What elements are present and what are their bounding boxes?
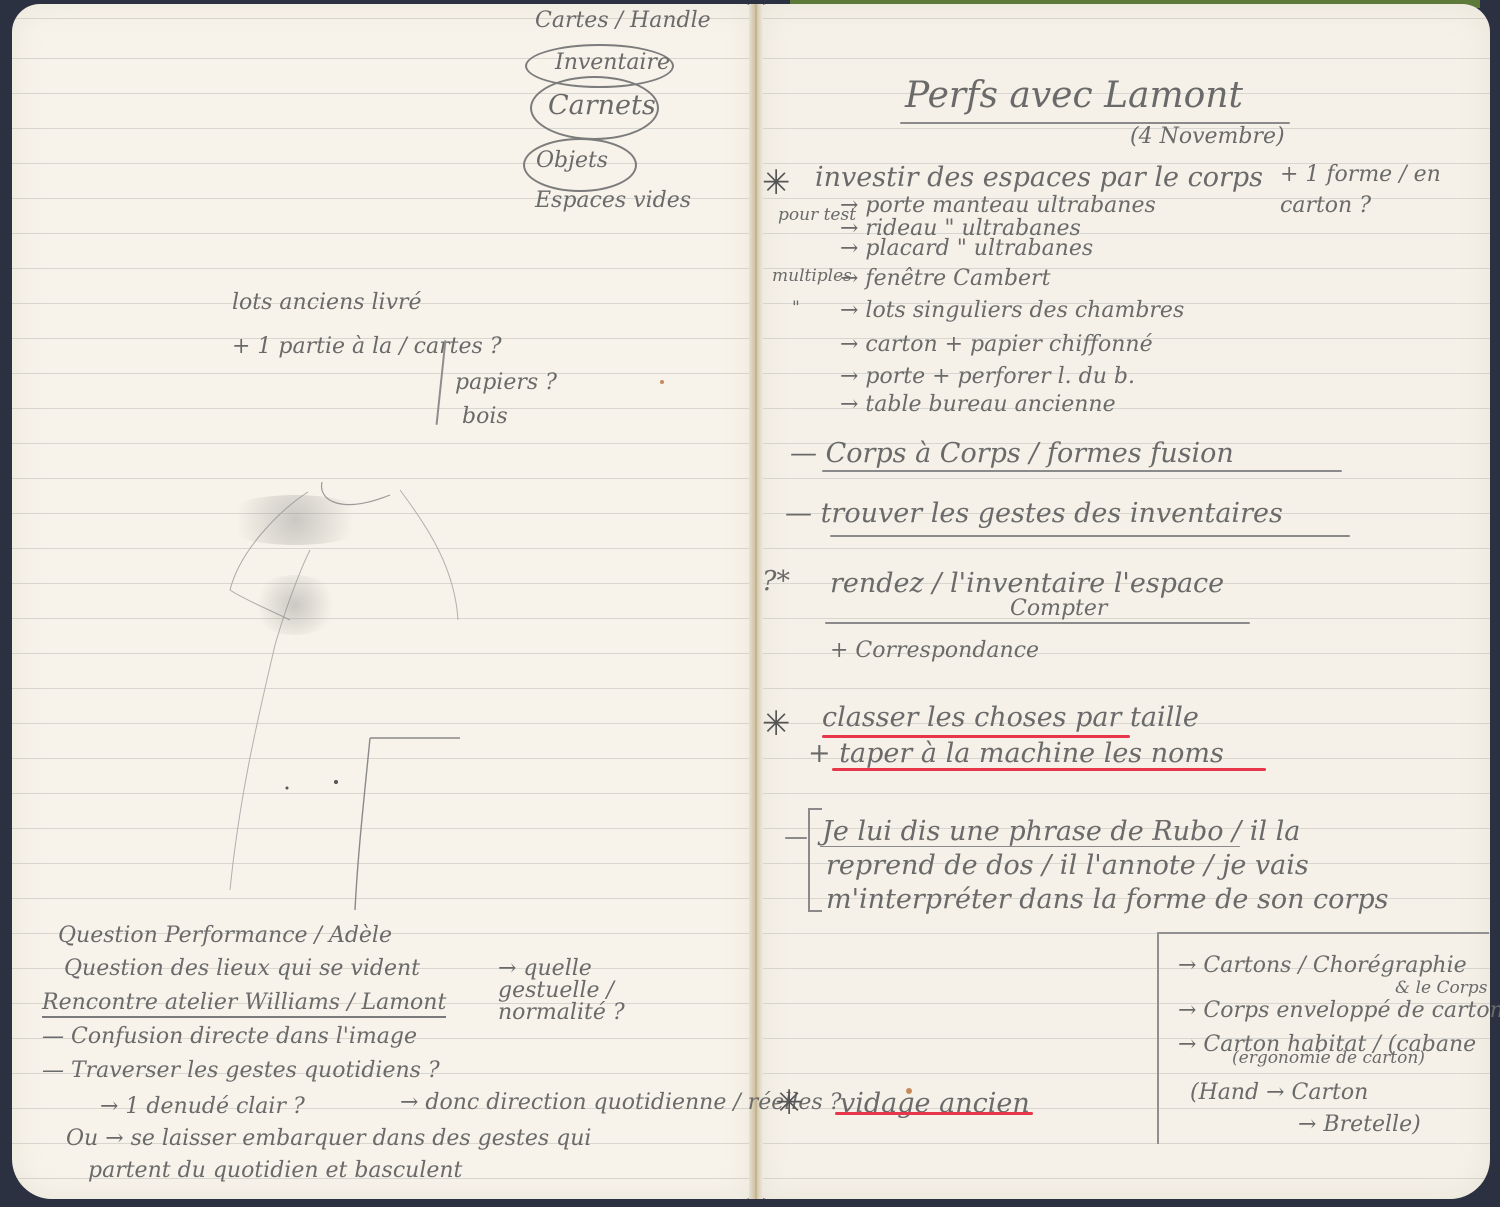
note-rencontre-atelier: Rencontre atelier Williams / Lamont xyxy=(42,992,446,1018)
note-partie-cartes: + 1 partie à la / cartes ? xyxy=(232,336,502,358)
notebook-gutter xyxy=(749,4,763,1199)
paper-stain xyxy=(906,1088,912,1094)
note-investir-espaces: investir des espaces par le corps xyxy=(815,164,1263,191)
note-partent-quotidien: partent du quotidien et basculent xyxy=(88,1160,462,1182)
note-denude-clair: → 1 denudé clair ? xyxy=(100,1096,305,1118)
sub-item: → porte + perforer l. du b. xyxy=(840,366,1135,388)
underline xyxy=(820,846,1240,847)
note-papiers: papiers ? xyxy=(455,372,557,394)
note-carnets: Carnets xyxy=(548,92,656,119)
box-note: & le Corps xyxy=(1395,980,1487,997)
note-taper-machine: + taper à la machine les noms xyxy=(808,740,1224,767)
label-ditto: " xyxy=(792,300,800,317)
underline xyxy=(825,622,1250,624)
sub-item: → carton + papier chiffonné xyxy=(840,334,1153,356)
title-date: (4 Novembre) xyxy=(1130,126,1285,148)
underline xyxy=(822,470,1342,472)
note-se-laisser: Ou → se laisser embarquer dans des geste… xyxy=(66,1128,591,1150)
bracket-mark xyxy=(808,808,822,912)
sub-item: → lots singuliers des chambres xyxy=(840,300,1184,322)
graphite-smudge xyxy=(215,495,375,545)
sub-item: → porte manteau ultrabanes xyxy=(840,195,1156,217)
note-interpreter-corps: m'interpréter dans la forme de son corps xyxy=(826,886,1388,913)
box-note: → Bretelle) xyxy=(1298,1114,1421,1136)
asterisk-marker: ✳ xyxy=(762,707,791,741)
note-compter: Compter xyxy=(1010,598,1107,620)
note-lots-anciens: lots anciens livré xyxy=(232,292,422,314)
note-espaces-vides: Espaces vides xyxy=(535,190,691,212)
asterisk-marker: ✳ xyxy=(775,1086,804,1120)
note-forme-carton: + 1 forme / en carton ? xyxy=(1280,160,1470,222)
note-question-lieux: Question des lieux qui se vident xyxy=(64,958,420,980)
note-bois: bois xyxy=(462,406,508,428)
red-underline xyxy=(832,768,1266,771)
note-je-lui-dis: Je lui dis une phrase de Rubo / il la xyxy=(822,818,1300,845)
note-corps-a-corps: — Corps à Corps / formes fusion xyxy=(790,440,1234,467)
note-inventaire: Inventaire xyxy=(555,52,670,74)
note-correspondance: + Correspondance xyxy=(830,640,1039,662)
note-reprend-dos: reprend de dos / il l'annote / je vais xyxy=(826,852,1309,879)
box-note: → Cartons / Chorégraphie xyxy=(1178,955,1467,977)
note-cartes-handle: Cartes / Handle xyxy=(535,10,711,32)
note-question-performance: Question Performance / Adèle xyxy=(58,925,392,947)
box-note: (Hand → Carton xyxy=(1190,1082,1368,1104)
red-underline xyxy=(835,1112,1033,1115)
sub-item: → placard " ultrabanes xyxy=(840,238,1093,260)
graphite-smudge xyxy=(250,575,340,635)
underline xyxy=(830,535,1350,537)
note-objets: Objets xyxy=(536,150,608,172)
question-marker: ?* xyxy=(762,568,790,595)
box-note: → Corps enveloppé de carton xyxy=(1178,1000,1500,1022)
sub-item: → fenêtre Cambert xyxy=(840,268,1050,290)
note-inventaire-espace: rendez / l'inventaire l'espace xyxy=(830,570,1224,597)
box-note: (ergonomie de carton) xyxy=(1232,1050,1425,1067)
sub-item: → table bureau ancienne xyxy=(840,394,1116,416)
note-confusion: — Confusion directe dans l'image xyxy=(42,1026,417,1048)
note-traverser-gestes: — Traverser les gestes quotidiens ? xyxy=(42,1060,440,1082)
note-trouver-gestes: — trouver les gestes des inventaires xyxy=(785,500,1283,527)
paper-stain xyxy=(660,380,664,384)
note-quelle-normalite: → quelle gestuelle / normalité ? xyxy=(498,958,668,1024)
asterisk-marker: ✳ xyxy=(762,166,791,200)
page-title: Perfs avec Lamont xyxy=(905,78,1243,114)
note-classer-choses: classer les choses par taille xyxy=(822,704,1199,731)
dash-marker xyxy=(785,837,807,839)
